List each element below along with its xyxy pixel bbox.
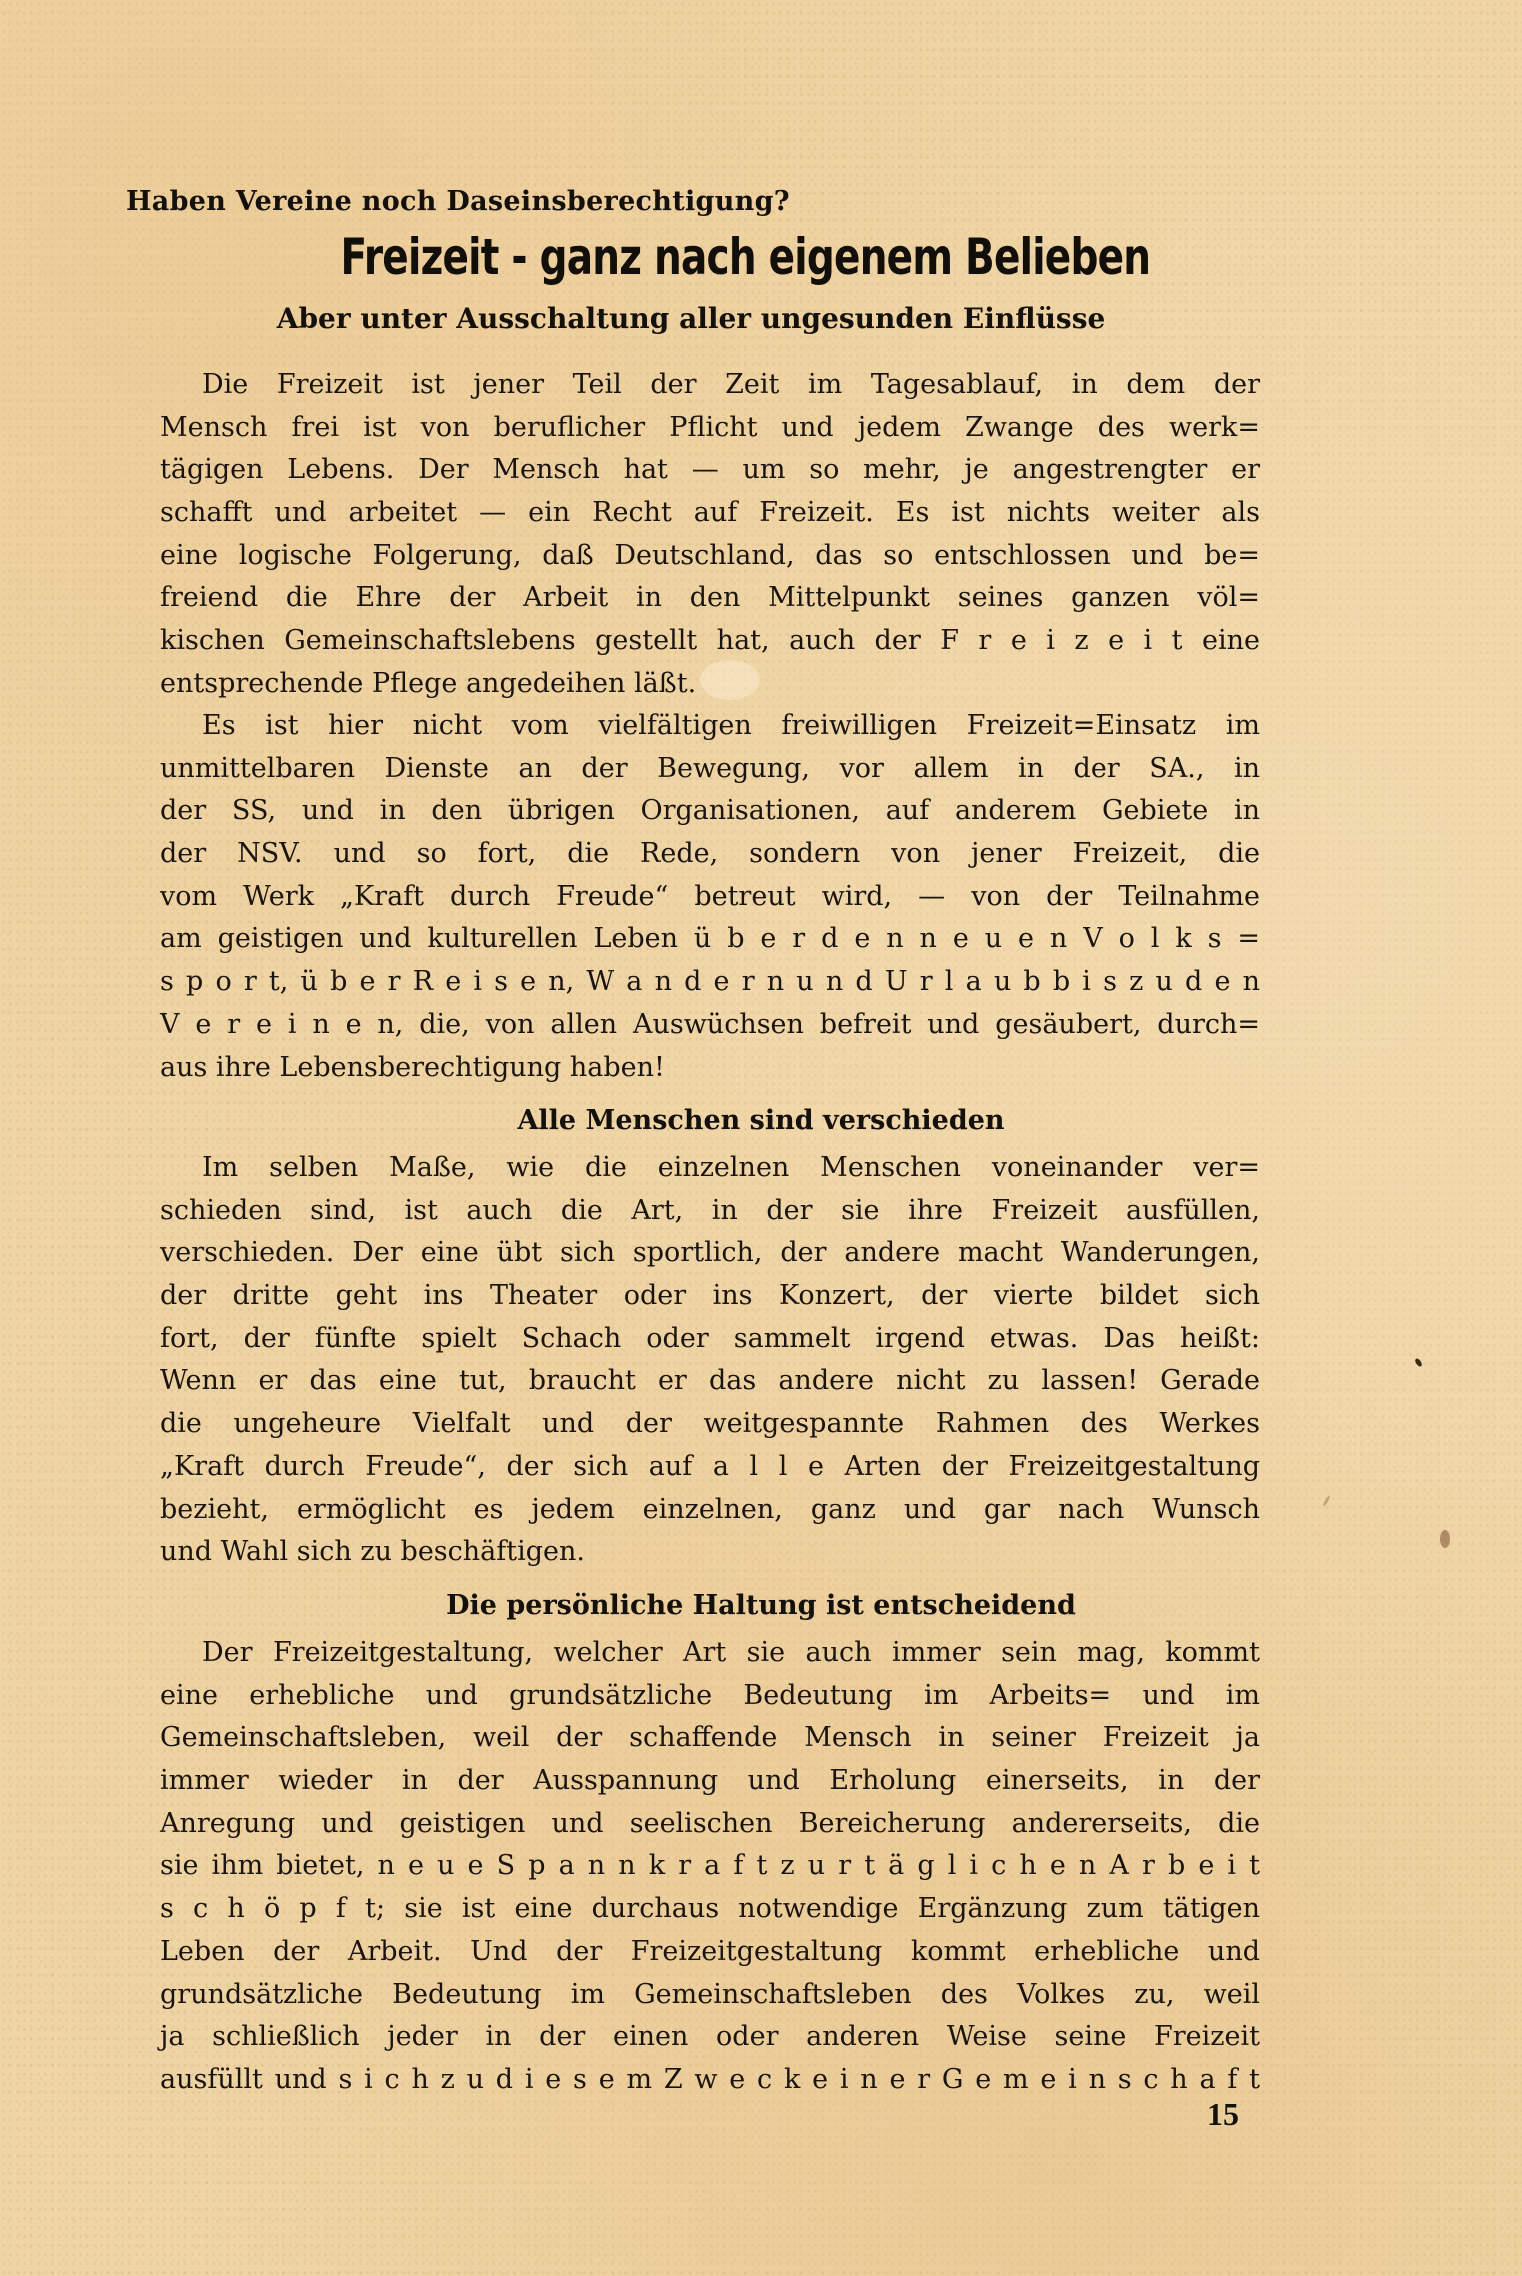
text-line: kischen Gemeinschaftslebens gestellt hat… bbox=[160, 620, 1260, 663]
text-line: am geistigen und kulturellen Leben ü b e… bbox=[160, 918, 1260, 961]
text-line: Im selben Maße, wie die einzelnen Mensch… bbox=[160, 1147, 1260, 1190]
text-line: schieden sind, ist auch die Art, in der … bbox=[160, 1190, 1260, 1233]
text-line: grundsätzliche Bedeutung im Gemeinschaft… bbox=[160, 1974, 1260, 2017]
text-line: ausfüllt und s i c h z u d i e s e m Z w… bbox=[160, 2059, 1260, 2102]
text-line: freiend die Ehre der Arbeit in den Mitte… bbox=[160, 577, 1260, 620]
text-line: eine erhebliche und grundsätzliche Bedeu… bbox=[160, 1675, 1260, 1718]
text-line: Der Freizeitgestaltung, welcher Art sie … bbox=[160, 1632, 1260, 1675]
document-page: Haben Vereine noch Daseinsberechtigung? … bbox=[0, 0, 1522, 2276]
text-line: schafft und arbeitet — ein Recht auf Fre… bbox=[160, 492, 1260, 535]
paragraph-haltung: Der Freizeitgestaltung, welcher Art sie … bbox=[160, 1632, 1260, 2102]
kicker-heading: Haben Vereine noch Daseinsberechtigung? bbox=[126, 186, 790, 217]
section-heading: Alle Menschen sind verschieden bbox=[0, 1105, 1522, 1136]
text-line: aus ihre Lebensberechtigung haben! bbox=[160, 1047, 1260, 1090]
page-subtitle: Aber unter Ausschaltung aller ungesunden… bbox=[0, 302, 1452, 335]
paragraph-kdf: Es ist hier nicht vom vielfältigen freiw… bbox=[160, 705, 1260, 1089]
paper-speck bbox=[1322, 1495, 1331, 1507]
text-line: Anregung und geistigen und seelischen Be… bbox=[160, 1803, 1260, 1846]
page-number: 15 bbox=[1207, 2096, 1239, 2133]
text-line: verschieden. Der eine übt sich sportlich… bbox=[160, 1232, 1260, 1275]
paper-stain bbox=[1440, 1530, 1450, 1548]
text-line: vom Werk „Kraft durch Freude“ betreut wi… bbox=[160, 876, 1260, 919]
text-line: Es ist hier nicht vom vielfältigen freiw… bbox=[160, 705, 1260, 748]
text-line: und Wahl sich zu beschäftigen. bbox=[160, 1531, 1260, 1574]
text-line: der dritte geht ins Theater oder ins Kon… bbox=[160, 1275, 1260, 1318]
text-line: s p o r t, ü b e r R e i s e n, W a n d … bbox=[160, 961, 1260, 1004]
text-line: fort, der fünfte spielt Schach oder samm… bbox=[160, 1318, 1260, 1361]
text-line: immer wieder in der Ausspannung und Erho… bbox=[160, 1760, 1260, 1803]
text-line: bezieht, ermöglicht es jedem einzelnen, … bbox=[160, 1489, 1260, 1532]
text-line: die ungeheure Vielfalt und der weitgespa… bbox=[160, 1403, 1260, 1446]
text-line: Wenn er das eine tut, braucht er das and… bbox=[160, 1360, 1260, 1403]
text-line: tägigen Lebens. Der Mensch hat — um so m… bbox=[160, 449, 1260, 492]
text-line: Leben der Arbeit. Und der Freizeitgestal… bbox=[160, 1931, 1260, 1974]
section-heading: Die persönliche Haltung ist entscheidend bbox=[0, 1590, 1522, 1621]
text-line: entsprechende Pflege angedeihen läßt. bbox=[160, 663, 1260, 706]
paragraph-verschieden: Im selben Maße, wie die einzelnen Mensch… bbox=[160, 1147, 1260, 1574]
text-line: ja schließlich jeder in der einen oder a… bbox=[160, 2016, 1260, 2059]
text-line: Gemeinschaftsleben, weil der schaffende … bbox=[160, 1717, 1260, 1760]
page-title: Freizeit - ganz nach eigenem Belieben bbox=[152, 228, 1339, 286]
paper-speck bbox=[1414, 1357, 1423, 1367]
text-line: s c h ö p f t; sie ist eine durchaus not… bbox=[160, 1888, 1260, 1931]
text-line: eine logische Folgerung, daß Deutschland… bbox=[160, 535, 1260, 578]
text-line: sie ihm bietet, n e u e S p a n n k r a … bbox=[160, 1845, 1260, 1888]
text-line: Die Freizeit ist jener Teil der Zeit im … bbox=[160, 364, 1260, 407]
text-line: Mensch frei ist von beruflicher Pflicht … bbox=[160, 407, 1260, 450]
text-line: der NSV. und so fort, die Rede, sondern … bbox=[160, 833, 1260, 876]
text-line: der SS, und in den übrigen Organisatione… bbox=[160, 790, 1260, 833]
paragraph-intro: Die Freizeit ist jener Teil der Zeit im … bbox=[160, 364, 1260, 706]
text-line: V e r e i n e n, die, von allen Auswüchs… bbox=[160, 1004, 1260, 1047]
text-line: unmittelbaren Dienste an der Bewegung, v… bbox=[160, 748, 1260, 791]
text-line: „Kraft durch Freude“, der sich auf a l l… bbox=[160, 1446, 1260, 1489]
